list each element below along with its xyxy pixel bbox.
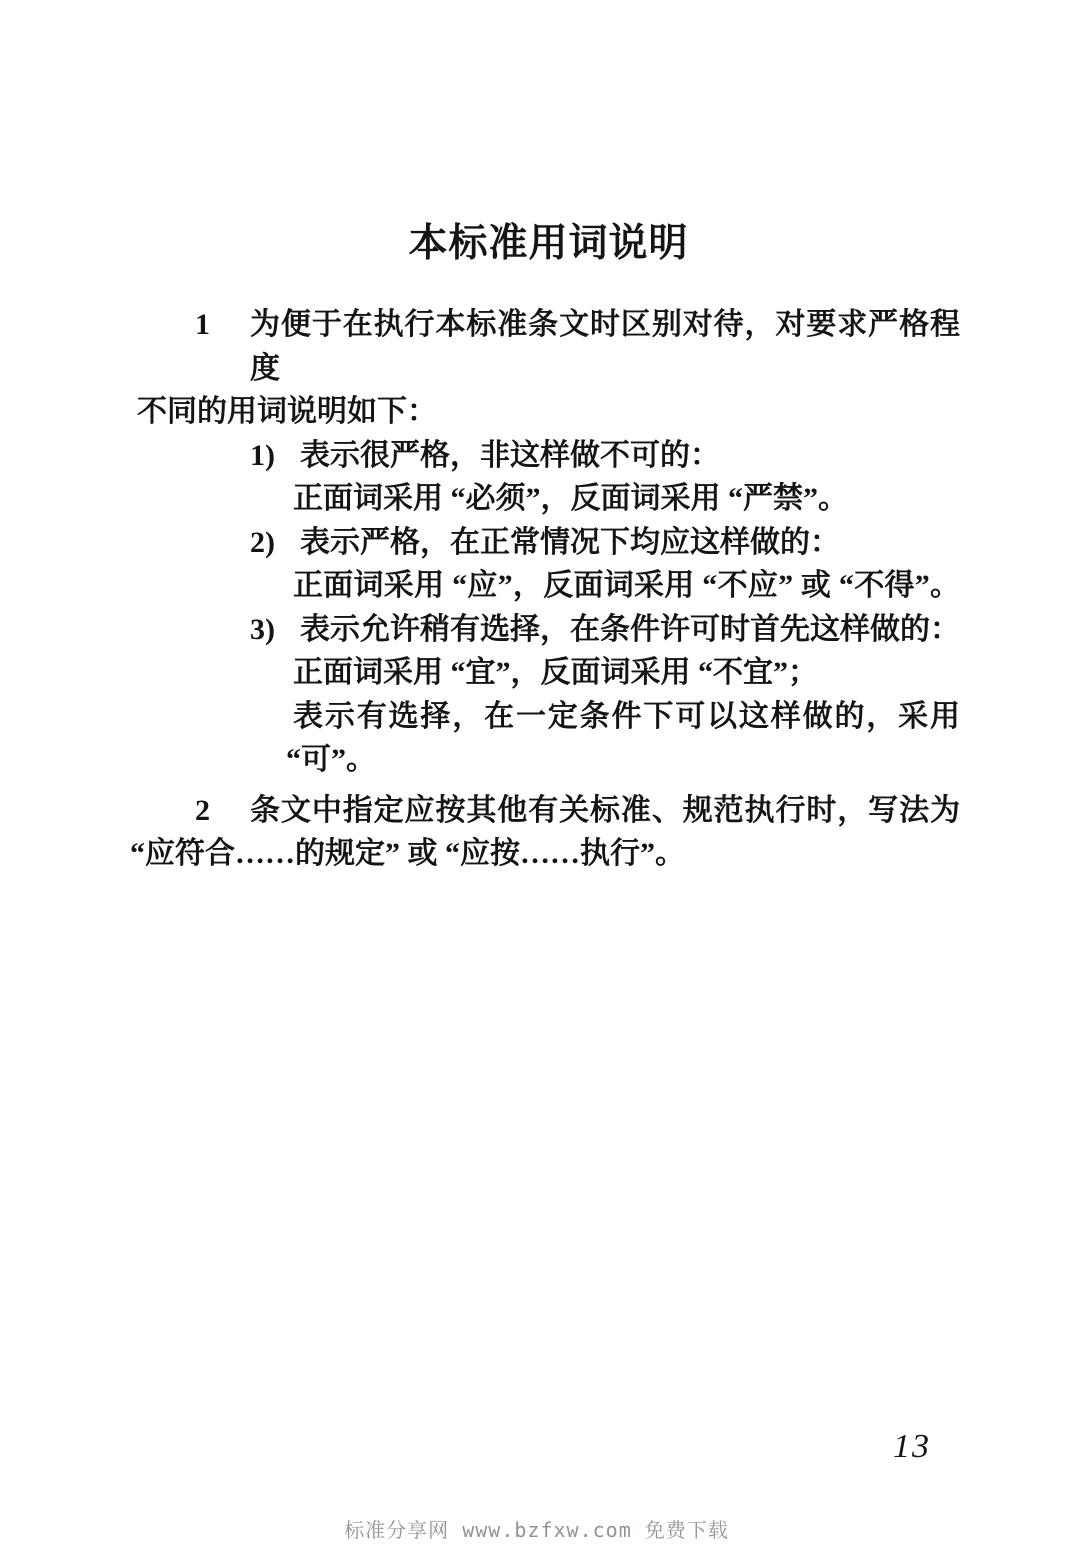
paragraph-1-line-2: 不同的用词说明如下： (137, 390, 960, 434)
list-marker: 3) (250, 608, 275, 652)
list-item-2-head: 2) 表示严格，在正常情况下均应这样做的： (137, 521, 960, 565)
list-item-1-head: 1) 表示很严格，非这样做不可的： (137, 434, 960, 478)
body-line: “可”。 (137, 738, 960, 782)
body-line: “应符合……的规定” 或 “应按……执行”。 (137, 832, 960, 876)
watermark-footer: 标准分享网 www.bzfxw.com 免费下载 (0, 1514, 1073, 1543)
list-item-2-body: 正面词采用 “应”，反面词采用 “不应” 或 “不得”。 (137, 564, 960, 608)
page-title: 本标准用词说明 (137, 212, 960, 268)
body-line: 条文中指定应按其他有关标准、规范执行时，写法为 (137, 789, 960, 833)
document-page: 本标准用词说明 1 为便于在执行本标准条文时区别对待，对要求严格程度 不同的用词… (0, 0, 1073, 1560)
paragraph-2-line-2: “应符合……的规定” 或 “应按……执行”。 (137, 832, 960, 876)
body-line: 表示有选择，在一定条件下可以这样做的，采用 (137, 695, 960, 739)
paragraph-1-line-1: 1 为便于在执行本标准条文时区别对待，对要求严格程度 (137, 303, 960, 390)
paragraph-number: 1 (195, 303, 210, 347)
list-item-3-body-1: 正面词采用 “宜”，反面词采用 “不宜”； (137, 651, 960, 695)
body-text: 1 为便于在执行本标准条文时区别对待，对要求严格程度 不同的用词说明如下： 1)… (137, 303, 960, 876)
list-marker: 2) (250, 521, 275, 565)
body-line: 正面词采用 “宜”，反面词采用 “不宜”； (137, 651, 960, 695)
list-item-3-head: 3) 表示允许稍有选择，在条件许可时首先这样做的： (137, 608, 960, 652)
body-line: 正面词采用 “必须”，反面词采用 “严禁”。 (137, 477, 960, 521)
list-item-1-body: 正面词采用 “必须”，反面词采用 “严禁”。 (137, 477, 960, 521)
list-marker: 1) (250, 434, 275, 478)
body-line: 为便于在执行本标准条文时区别对待，对要求严格程度 (137, 303, 960, 390)
paragraph-number: 2 (195, 789, 210, 833)
list-item-3-body-3: “可”。 (137, 738, 960, 782)
page-number: 13 (893, 1428, 931, 1466)
paragraph-2-line-1: 2 条文中指定应按其他有关标准、规范执行时，写法为 (137, 789, 960, 833)
list-item-3-body-2: 表示有选择，在一定条件下可以这样做的，采用 (137, 695, 960, 739)
body-line: 正面词采用 “应”，反面词采用 “不应” 或 “不得”。 (137, 564, 960, 608)
body-line: 不同的用词说明如下： (137, 390, 960, 434)
